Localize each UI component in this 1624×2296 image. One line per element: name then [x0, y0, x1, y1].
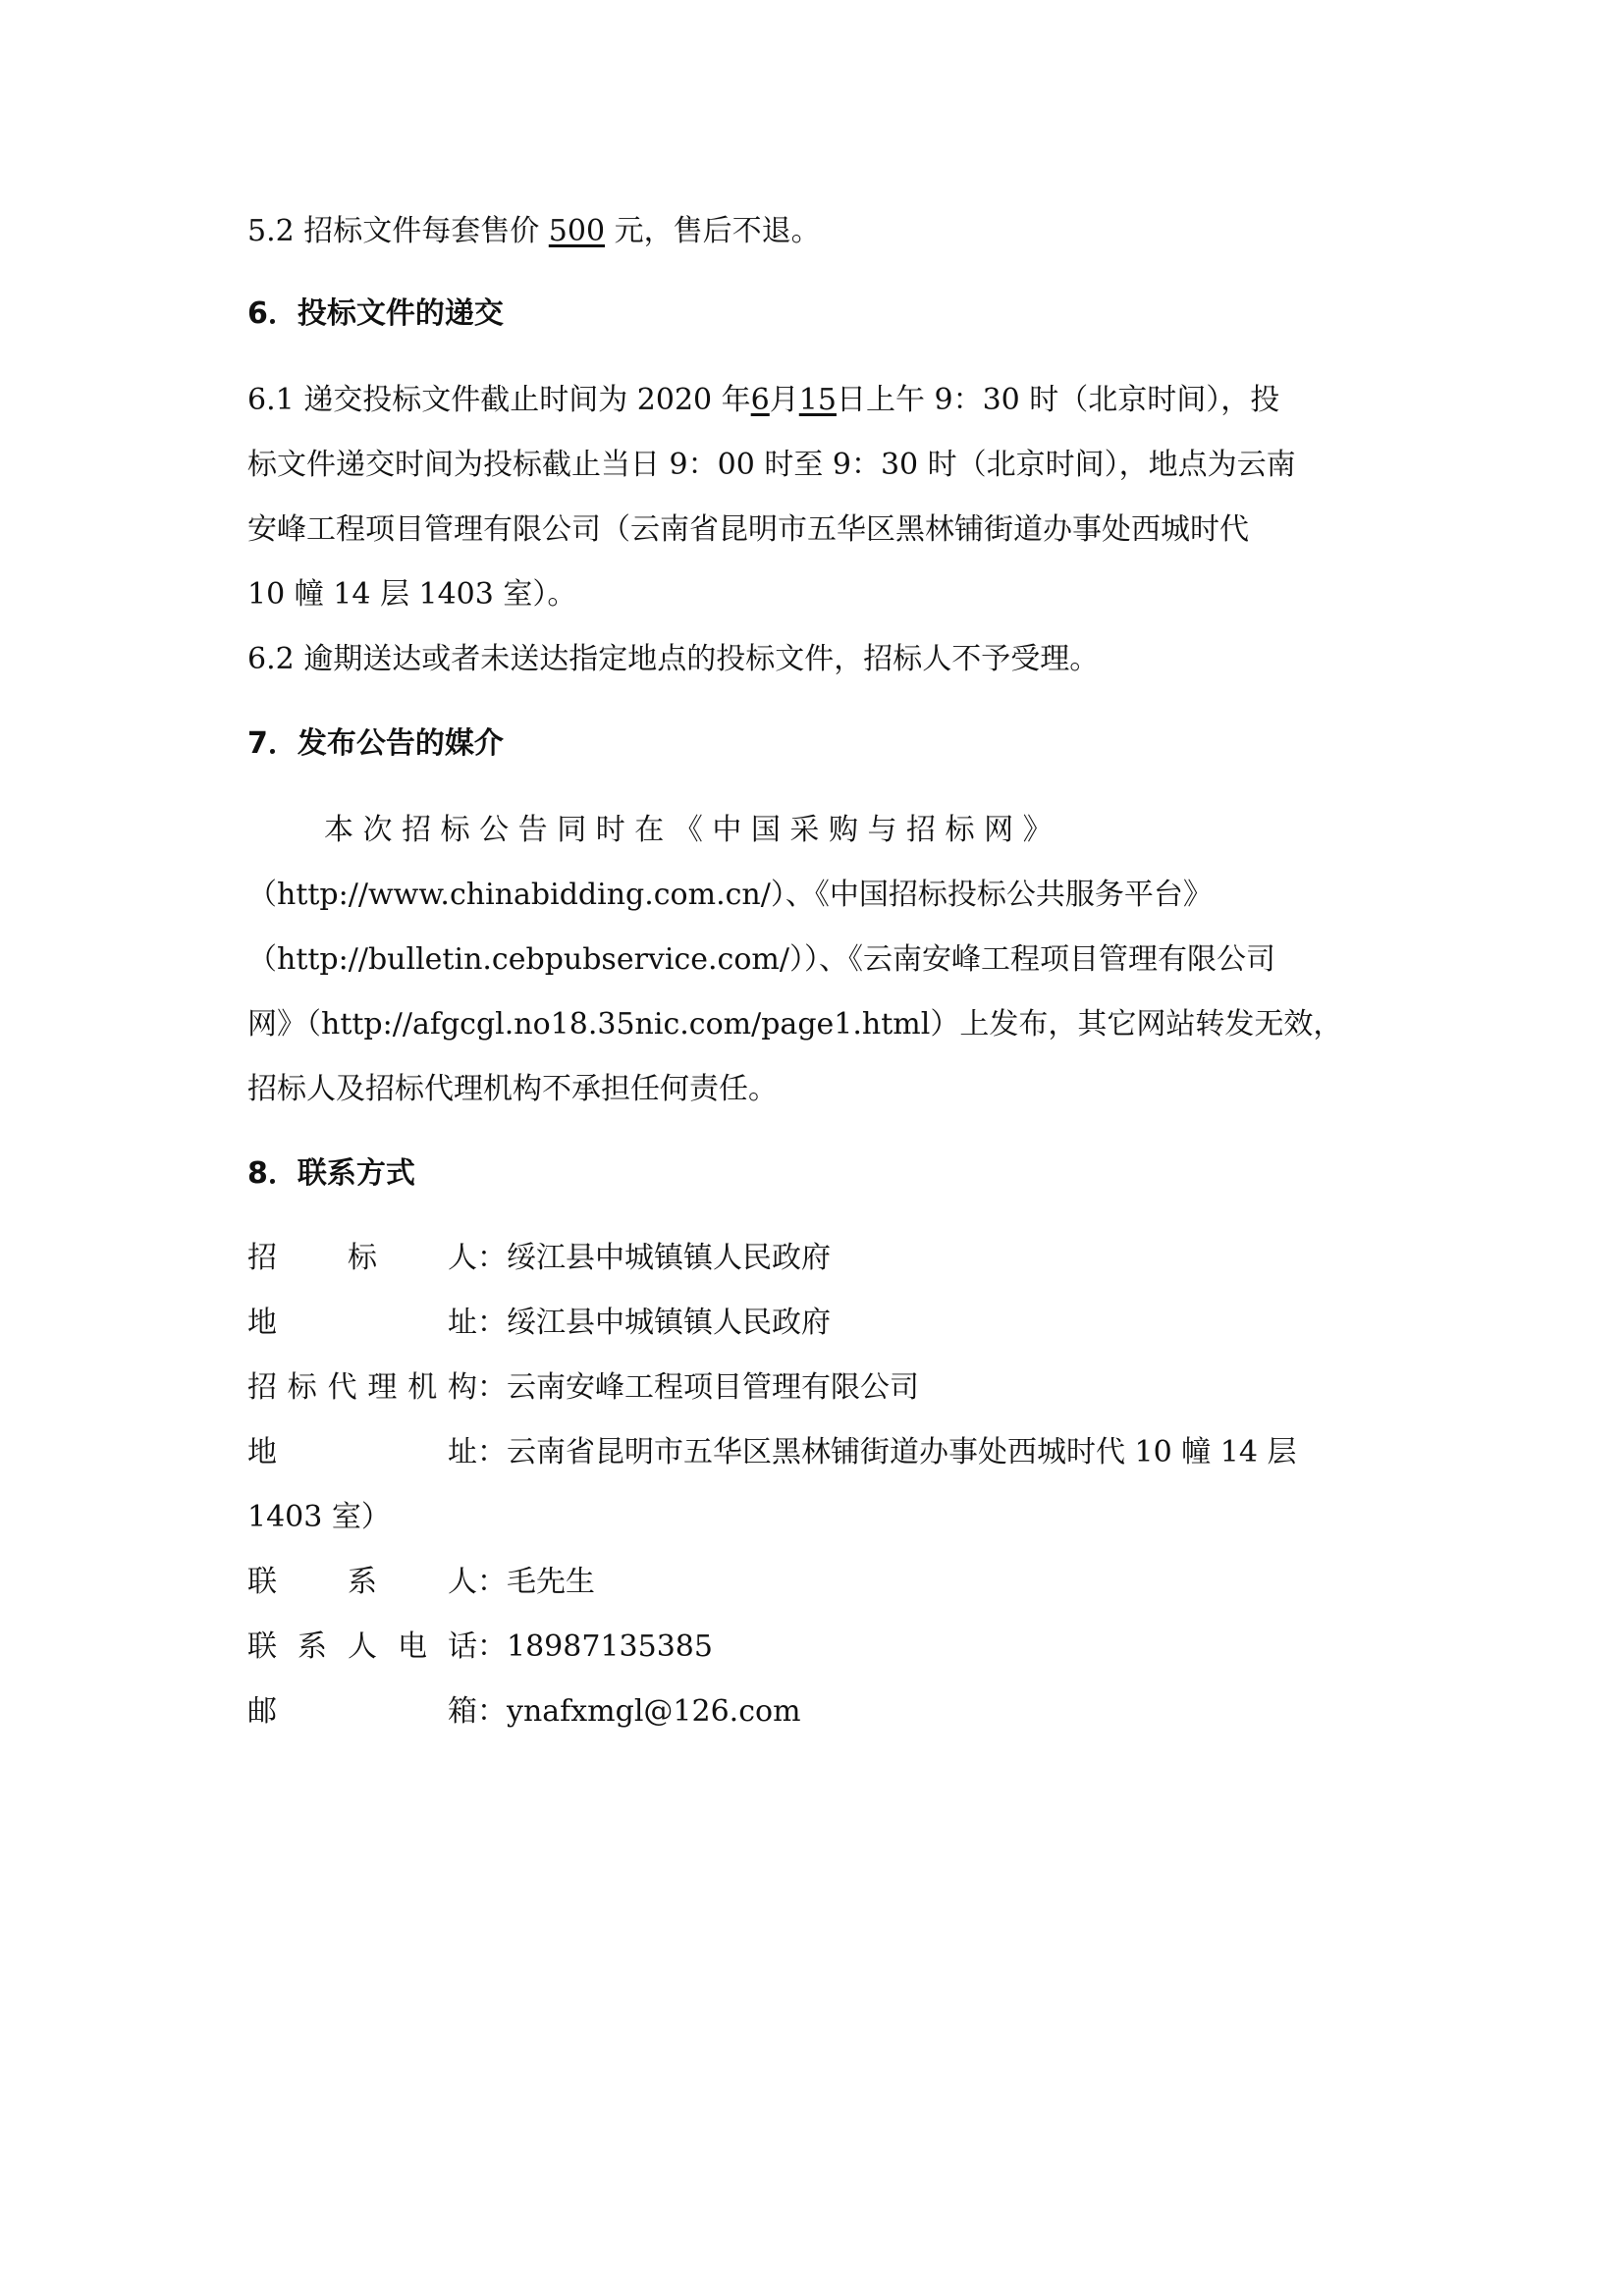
clause-text: 元，售后不退。 [615, 214, 821, 248]
section-7-heading: 7．发布公告的媒介 [247, 726, 504, 762]
contact-label: 联系人电话 [247, 1629, 477, 1665]
clause-text: 6.1 递交投标文件截止时间为 2020 年 [247, 383, 751, 417]
contact-value: 毛先生 [507, 1565, 595, 1599]
clause-6-2: 6.2 逾期送达或者未送达指定地点的投标文件，招标人不予受理。 [247, 642, 1099, 677]
clause-6-1-line-1: 6.1 递交投标文件截止时间为 2020 年6月15日上午 9：30 时（北京时… [247, 383, 1279, 418]
contact-label: 招标代理机构 [247, 1370, 477, 1406]
colon: ： [477, 1694, 507, 1730]
contact-label: 联系人 [247, 1565, 477, 1600]
contact-email: ynafxmgl@126.com [507, 1694, 801, 1729]
colon: ： [477, 1241, 507, 1276]
contact-row-bidder-address: 地址：绥江县中城镇镇人民政府 [247, 1306, 831, 1341]
contact-row-agency: 招标代理机构：云南安峰工程项目管理有限公司 [247, 1370, 919, 1406]
contact-label: 招标人 [247, 1241, 477, 1276]
media-paragraph-line-4: 网》（http://afgcgl.no18.35nic.com/page1.ht… [247, 1007, 1342, 1042]
contact-phone: 18987135385 [507, 1629, 713, 1664]
clause-6-1-line-2: 标文件递交时间为投标截止当日 9：00 时至 9：30 时（北京时间），地点为云… [247, 448, 1296, 483]
contact-row-bidder: 招标人：绥江县中城镇镇人民政府 [247, 1241, 831, 1276]
colon: ： [477, 1306, 507, 1341]
document-price: 500 [549, 214, 605, 248]
contact-value: 云南省昆明市五华区黑林铺街道办事处西城时代 10 幢 14 层 [507, 1435, 1297, 1469]
clause-6-1-line-4: 10 幢 14 层 1403 室）。 [247, 577, 576, 613]
clause-5-2: 5.2 招标文件每套售价 500 元，售后不退。 [247, 214, 821, 249]
contact-value: 绥江县中城镇镇人民政府 [507, 1241, 831, 1275]
contact-value: 云南安峰工程项目管理有限公司 [507, 1370, 919, 1405]
colon: ： [477, 1565, 507, 1600]
contact-label: 地址 [247, 1306, 477, 1341]
colon: ： [477, 1435, 507, 1470]
contact-row-person: 联系人：毛先生 [247, 1565, 595, 1600]
section-6-heading: 6．投标文件的递交 [247, 296, 504, 332]
section-8-heading: 8．联系方式 [247, 1156, 415, 1192]
deadline-day: 15 [799, 383, 837, 417]
media-paragraph-line-5: 招标人及招标代理机构不承担任何责任。 [247, 1072, 778, 1107]
contact-row-agency-address-cont: 1403 室） [247, 1500, 391, 1535]
contact-row-agency-address: 地址：云南省昆明市五华区黑林铺街道办事处西城时代 10 幢 14 层 [247, 1435, 1297, 1470]
media-paragraph-line-2: （http://www.chinabidding.com.cn/）、《中国招标投… [247, 878, 1213, 913]
clause-text: 月 [770, 383, 799, 417]
contact-label: 邮箱 [247, 1694, 477, 1730]
media-paragraph-line-3: （http://bulletin.cebpubservice.com/））、《云… [247, 942, 1275, 978]
contact-label: 地址 [247, 1435, 477, 1470]
contact-row-phone: 联系人电话：18987135385 [247, 1629, 713, 1665]
clause-6-1-line-3: 安峰工程项目管理有限公司（云南省昆明市五华区黑林铺街道办事处西城时代 [247, 512, 1249, 548]
deadline-month: 6 [751, 383, 770, 417]
clause-text: 日上午 9：30 时（北京时间），投 [837, 383, 1279, 417]
clause-text: 5.2 招标文件每套售价 [247, 214, 539, 248]
colon: ： [477, 1629, 507, 1665]
contact-value: 绥江县中城镇镇人民政府 [507, 1306, 831, 1340]
contact-row-email: 邮箱：ynafxmgl@126.com [247, 1694, 801, 1730]
colon: ： [477, 1370, 507, 1406]
media-paragraph-line-1: 本 次 招 标 公 告 同 时 在 《 中 国 采 购 与 招 标 网 》 [324, 813, 1053, 848]
